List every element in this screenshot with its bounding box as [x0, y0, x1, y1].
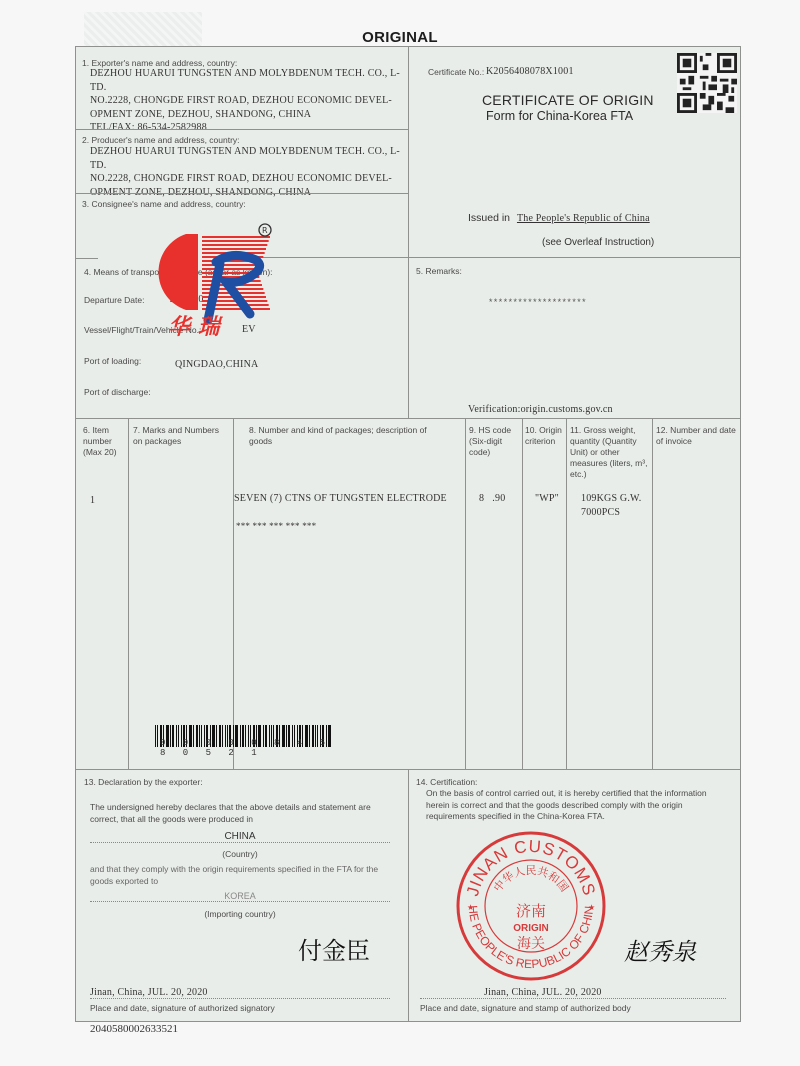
barcode-number: 0 0 0 0 0 8 4 5 8 0 5 2 1 [160, 738, 340, 758]
exporter-line: TD. [90, 81, 400, 95]
cell-description: SEVEN (7) CTNS OF TUNGSTEN ELECTRODE [234, 493, 447, 504]
issued-label: Issued in [468, 212, 510, 224]
authority-signature: 赵秀泉 [624, 932, 696, 967]
producer-line: NO.2228, CHONGDE FIRST ROAD, DEZHOU ECON… [90, 172, 400, 186]
remarks-value: ******************** [488, 298, 586, 308]
qr-code-icon [677, 53, 737, 113]
svg-text:中华人民共和国: 中华人民共和国 [490, 864, 571, 895]
svg-text:R: R [262, 226, 268, 235]
cell-quantity: 7000PCS [581, 507, 620, 518]
authority-place-caption: Place and date, signature and stamp of a… [420, 1003, 631, 1014]
producer-address: DEZHOU HUARUI TUNGSTEN AND MOLYBDENUM TE… [90, 145, 400, 199]
svg-text:★: ★ [467, 903, 474, 912]
header-description: 8. Number and kind of packages; descript… [249, 425, 449, 447]
exporter-box: 1. Exporter's name and address, country:… [76, 47, 408, 125]
header-origin-criterion: 10. Origin criterion [525, 425, 565, 447]
importing-caption: (Importing country) [90, 909, 390, 920]
exporter-line: NO.2228, CHONGDE FIRST ROAD, DEZHOU ECON… [90, 94, 400, 108]
svg-text:★: ★ [588, 903, 595, 912]
certificate-header: Certificate No.: K2056408078X1001 CERTIF… [408, 47, 741, 254]
certificate-number-label: Certificate No.: [428, 67, 484, 78]
departure-label: Departure Date: [84, 295, 144, 306]
authority-place-date: Jinan, China, JUL. 20, 2020 [420, 987, 726, 999]
exporter-place-caption: Place and date, signature of authorized … [90, 1003, 275, 1014]
verification-url: Verification:origin.customs.gov.cn [468, 404, 613, 415]
cell-hs-code: 8 .90 [479, 493, 505, 504]
producer-box: 2. Producer's name and address, country:… [76, 125, 408, 195]
customs-stamp-icon: JINAN CUSTOMS THE PEOPLE'S REPUBLIC OF C… [455, 830, 607, 982]
discharge-label: Port of discharge: [84, 387, 151, 398]
exporter-place-date: Jinan, China, JUL. 20, 2020 [90, 987, 390, 999]
overleaf-note: (see Overleaf Instruction) [542, 237, 654, 248]
certificate-subtitle: Form for China-Korea FTA [486, 109, 633, 123]
stamp-center-bottom: 海关 [517, 936, 545, 952]
comply-statement: and that they comply with the origin req… [90, 863, 380, 887]
exporter-line: DEZHOU HUARUI TUNGSTEN AND MOLYBDENUM TE… [90, 67, 400, 81]
header-invoice: 12. Number and date of invoice [656, 425, 738, 447]
header-item-number: 6. Item number (Max 20) [83, 425, 125, 458]
certificate-number: K2056408078X1001 [486, 66, 574, 77]
remarks-box: 5. Remarks: ******************** Verific… [408, 254, 741, 419]
stamp-inner-text: 中华人民共和国 [490, 864, 571, 895]
cell-gross-weight: 109KGS G.W. [581, 493, 641, 504]
loading-value: QINGDAO,CHINA [175, 359, 258, 370]
stamp-center-top: 济南 [516, 902, 546, 920]
document-title: ORIGINAL [0, 29, 800, 46]
remarks-label: 5. Remarks: [416, 266, 462, 277]
exporter-signature: 付金臣 [298, 931, 370, 966]
certificate-title: CERTIFICATE OF ORIGIN [482, 92, 654, 108]
header-marks: 7. Marks and Numbers on packages [133, 425, 229, 447]
cell-item: 1 [90, 495, 95, 506]
footer-serial-number: 2040580002633521 [90, 1023, 178, 1035]
header-gross-weight: 11. Gross weight, quantity (Quantity Uni… [570, 425, 650, 480]
certification-label: 14. Certification: [416, 777, 477, 788]
certificate-form: 1. Exporter's name and address, country:… [75, 46, 741, 1022]
stamp-center-mid: ORIGIN [513, 923, 549, 934]
loading-label: Port of loading: [84, 356, 141, 367]
certification-statement: On the basis of control carried out, it … [426, 788, 726, 823]
declaration-statement: The undersigned hereby declares that the… [90, 801, 400, 825]
issued-country: The People's Republic of China [513, 213, 695, 224]
logo-chinese-text: 华 瑞 [168, 315, 224, 337]
declaration-label: 13. Declaration by the exporter: [84, 777, 203, 788]
header-hs-code: 9. HS code (Six-digit code) [469, 425, 519, 458]
producer-line: TD. [90, 159, 400, 173]
producer-line: DEZHOU HUARUI TUNGSTEN AND MOLYBDENUM TE… [90, 145, 400, 159]
huarui-logo-icon: R 华 瑞 [138, 222, 273, 337]
importing-country: KOREA [90, 891, 390, 902]
issued-in: Issued in The People's Republic of China [468, 212, 695, 224]
exporter-line: OPMENT ZONE, DEZHOU, SHANDONG, CHINA [90, 108, 400, 122]
consignee-label: 3. Consignee's name and address, country… [82, 199, 246, 210]
cell-description-extra: *** *** *** *** *** [236, 521, 316, 531]
cell-origin-criterion: "WP" [535, 493, 559, 504]
produced-country: CHINA [90, 831, 390, 843]
country-caption: (Country) [90, 849, 390, 860]
